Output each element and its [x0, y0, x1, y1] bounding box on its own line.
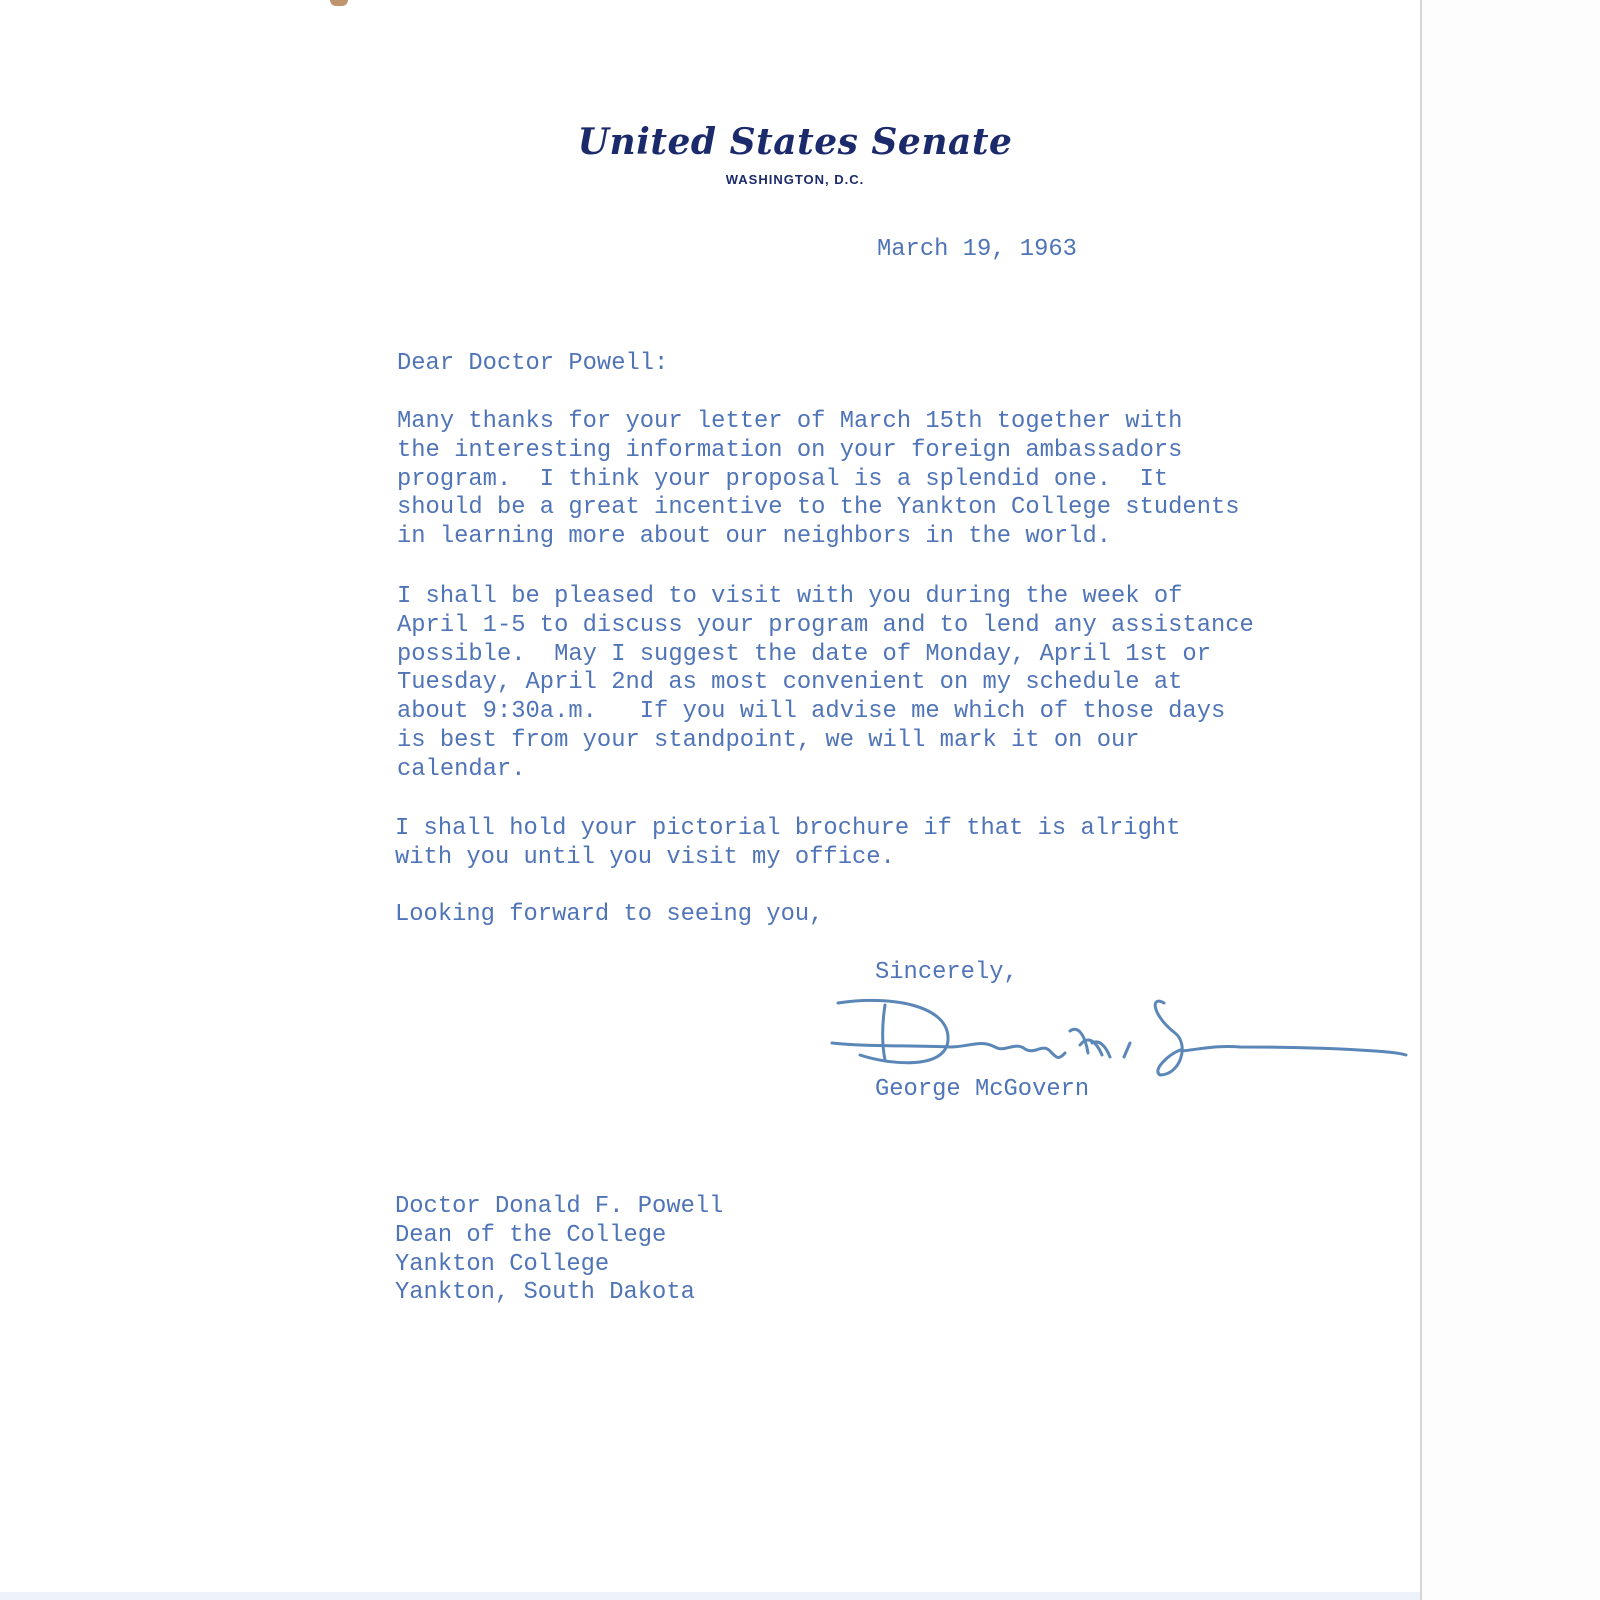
letterhead-title: United States Senate — [560, 122, 1030, 162]
address-line: Dean of the College — [395, 1222, 723, 1251]
paragraph-1: Many thanks for your letter of March 15t… — [397, 408, 1240, 552]
address-line: Yankton College — [395, 1251, 723, 1280]
address-line: Doctor Donald F. Powell — [395, 1193, 723, 1222]
letterhead-location: WASHINGTON, D.C. — [560, 172, 1030, 187]
recipient-address: Doctor Donald F. PowellDean of the Colle… — [395, 1193, 723, 1308]
handwritten-signature — [830, 995, 1410, 1080]
address-line: Yankton, South Dakota — [395, 1279, 723, 1308]
closing-line: Looking forward to seeing you, — [395, 901, 823, 930]
salutation: Dear Doctor Powell: — [397, 350, 668, 379]
letter-date: March 19, 1963 — [877, 236, 1077, 265]
sign-off: Sincerely, — [875, 959, 1018, 988]
scan-edge — [0, 1592, 1420, 1600]
paragraph-3: I shall hold your pictorial brochure if … — [395, 815, 1180, 873]
letter-page: United States Senate WASHINGTON, D.C. Ma… — [0, 0, 1422, 1600]
letterhead: United States Senate WASHINGTON, D.C. — [560, 122, 1030, 187]
paragraph-2: I shall be pleased to visit with you dur… — [397, 583, 1254, 785]
scan-margin — [1422, 0, 1600, 1600]
paper-stain — [330, 0, 348, 6]
signer-name: George McGovern — [875, 1076, 1089, 1105]
